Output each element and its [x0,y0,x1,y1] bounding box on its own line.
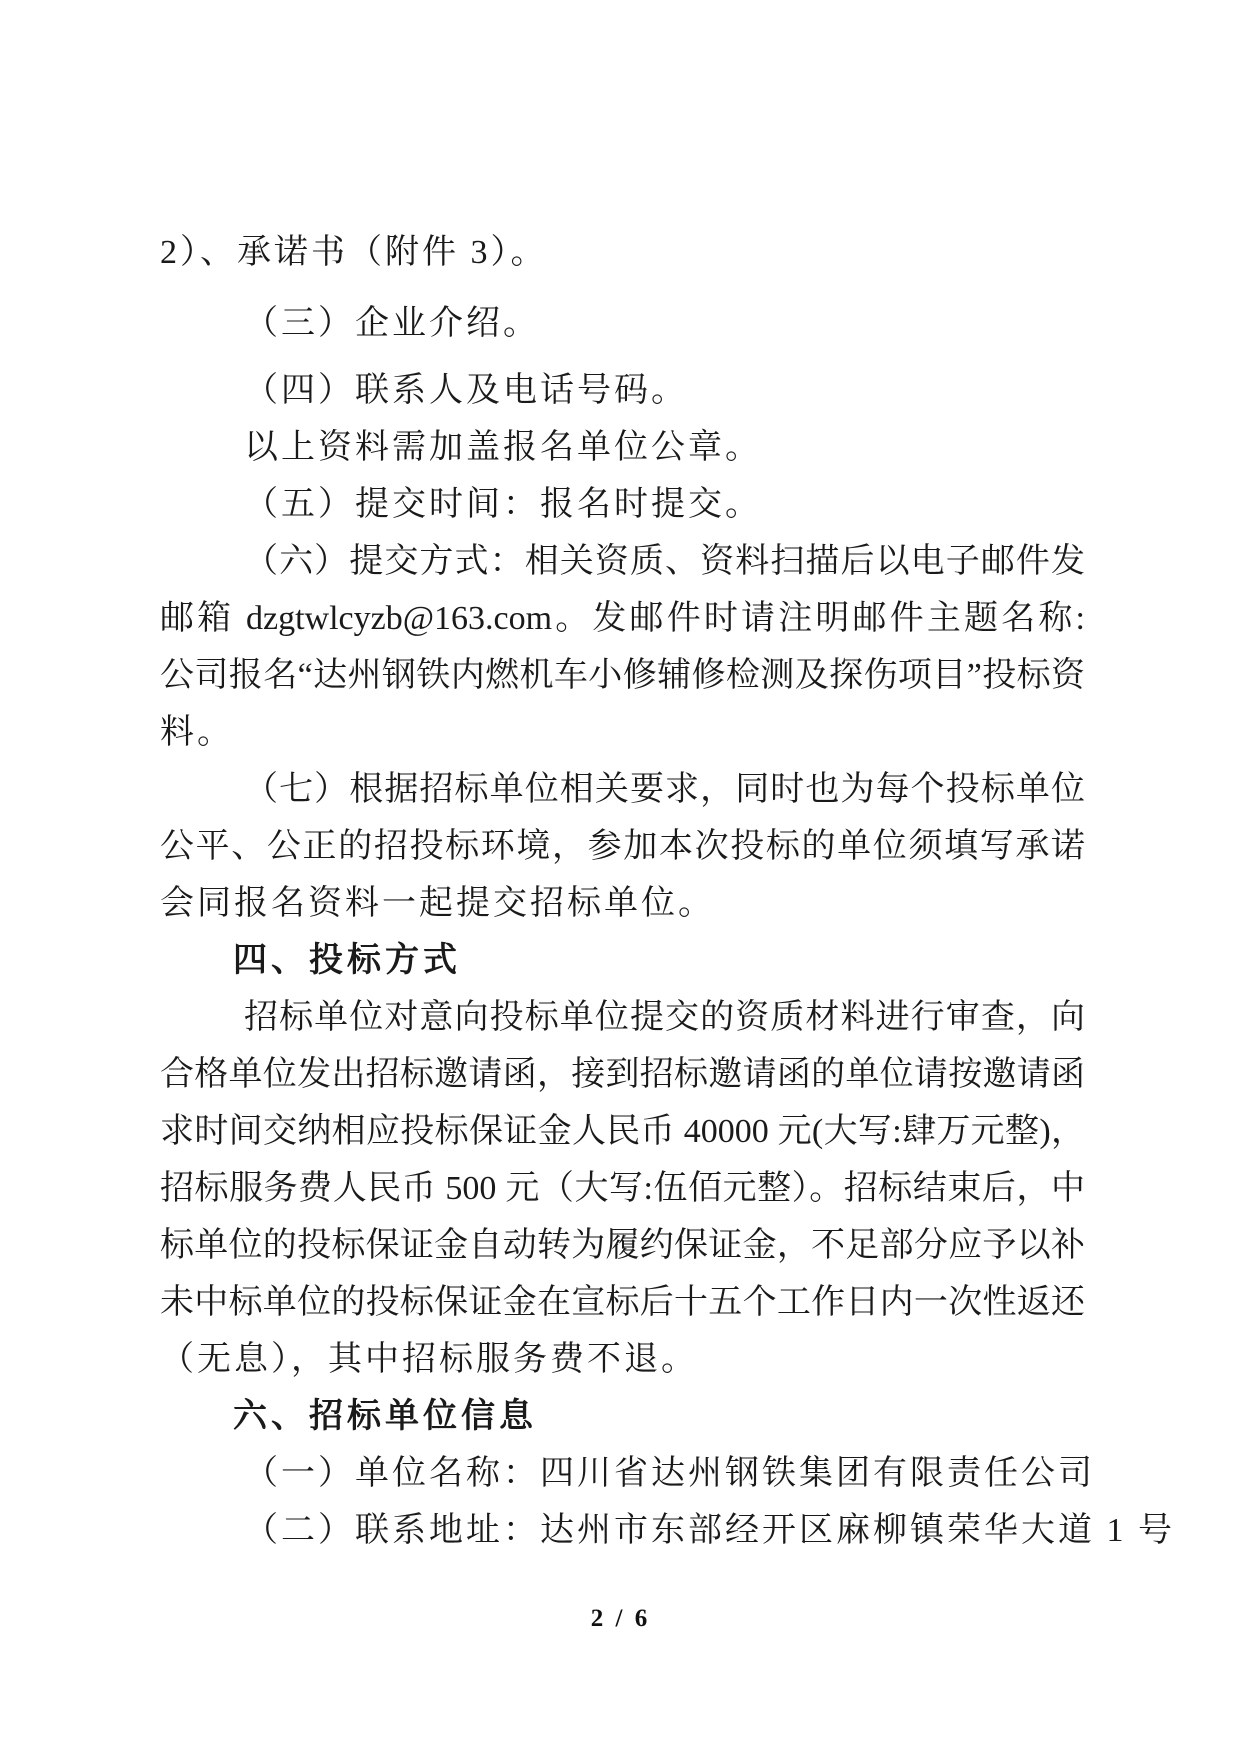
text-line: 料。 [160,704,1085,761]
text-line: 邮箱 dzgtwlcyzb@163.com。发邮件时请注明邮件主题名称: XX [160,590,1085,647]
text-line: 未中标单位的投标保证金在宣标后十五个工作日内一次性返还 [160,1274,1085,1331]
text-line: 以上资料需加盖报名单位公章。 [160,419,1085,476]
text-line: 2）、承诺书（附件 3）。 [160,224,1085,281]
document-page: 2）、承诺书（附件 3）。 （三）企业介绍。 （四）联系人及电话号码。 以上资料… [0,0,1241,1755]
text-line: （五）提交时间：报名时提交。 [160,476,1085,533]
section-heading: 四、投标方式 [160,932,1085,989]
text-line: 公司报名“达州钢铁内燃机车小修辅修检测及探伤项目”投标资 [160,647,1085,704]
text-line: 招标单位对意向投标单位提交的资质材料进行审查，向审查 [160,989,1085,1046]
text-line: （六）提交方式：相关资质、资料扫描后以电子邮件发送至 [160,533,1085,590]
text-line: 招标服务费人民币 500 元（大写:伍佰元整）。招标结束后，中 [160,1160,1085,1217]
text-line: （无息），其中招标服务费不退。 [160,1331,1085,1388]
text-line: 会同报名资料一起提交招标单位。 [160,875,1085,932]
text-line: 公平、公正的招投标环境，参加本次投标的单位须填写承诺书， [160,818,1085,875]
text-line: 标单位的投标保证金自动转为履约保证金，不足部分应予以补齐， [160,1217,1085,1274]
text-line: （七）根据招标单位相关要求，同时也为每个投标单位提供 [160,761,1085,818]
section-heading: 六、招标单位信息 [160,1388,1085,1445]
document-body: 2）、承诺书（附件 3）。 （三）企业介绍。 （四）联系人及电话号码。 以上资料… [160,224,1085,1559]
page-number: 2 / 6 [591,1605,650,1632]
text-line: （四）联系人及电话号码。 [160,362,1085,419]
text-line: （二）联系地址：达州市东部经开区麻柳镇荣华大道 1 号 [160,1502,1085,1559]
text-line: 求时间交纳相应投标保证金人民币 40000 元(大写:肆万元整)， [160,1103,1085,1160]
page-footer: 2 / 6 [0,1604,1241,1634]
text-line: （三）企业介绍。 [160,295,1085,352]
text-line: （一）单位名称：四川省达州钢铁集团有限责任公司 [160,1445,1085,1502]
text-line: 合格单位发出招标邀请函，接到招标邀请函的单位请按邀请函要 [160,1046,1085,1103]
